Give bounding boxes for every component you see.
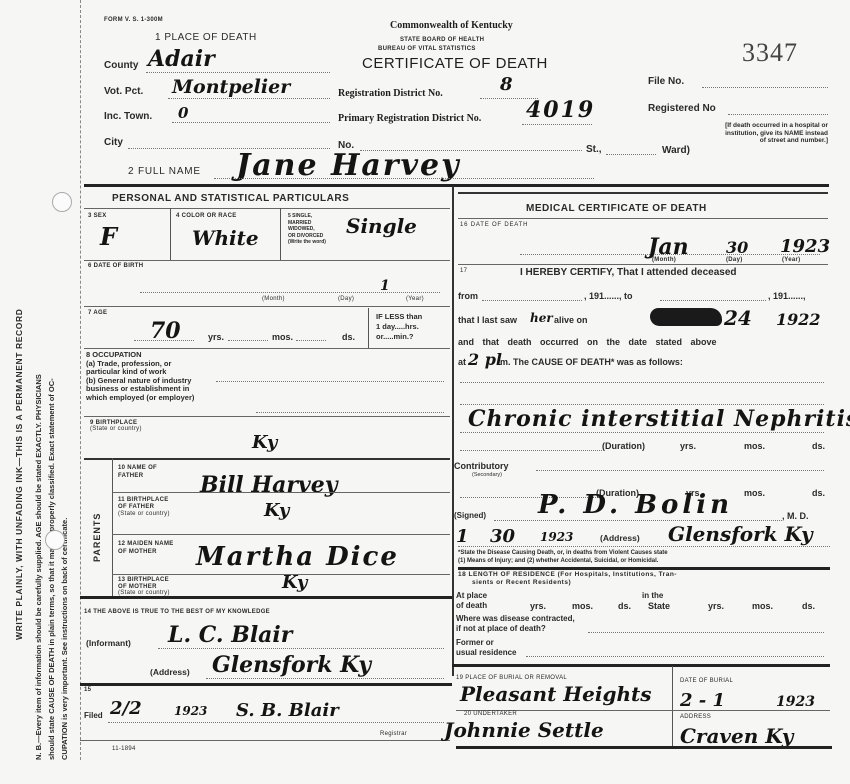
county-label: County [104,60,138,71]
informant-address-label: (Address) [150,667,190,677]
st-label: St., [586,144,602,155]
age-ds-label: ds. [342,332,355,342]
father-name-label: 10 NAME OF FATHER [118,464,157,480]
physician-signature: P. D. Bolin [538,490,733,520]
death-month-label: (Month) [652,257,676,263]
full-name-label: 2 FULL NAME [128,166,201,177]
marital-label: 5 SINGLE, MARRIED WIDOWED, OR DIVORCED (… [288,213,326,246]
former-residence: Former or usual residence [456,638,516,658]
residence-mos: mos. [572,601,593,611]
informant-value: L. C. Blair [168,622,292,648]
cause-text: m. The CAUSE OF DEATH* was as follows: [500,357,683,367]
death-day: 30 [726,238,748,257]
contributory-duration-mos: mos. [744,488,765,498]
filed-value: 2/2 [110,698,142,719]
duration-label: (Duration) [602,441,645,451]
signed-label: (Signed) [454,511,486,520]
vot-pct-label: Vot. Pct. [104,86,143,97]
bureau-vital-statistics: BUREAU OF VITAL STATISTICS [378,46,476,52]
margin-instruction-1: WRITE PLAINLY, WITH UNFADING INK—THIS IS… [14,309,24,641]
margin-instruction-2: N. B.—Every item of information should b… [34,374,43,760]
city-label: City [104,137,123,148]
last-saw-label: that I last saw [458,315,517,325]
burial-date-label: DATE OF BURIAL [680,678,733,684]
father-name-value: Bill Harvey [200,472,338,498]
bottom-code: 11-1894 [112,746,136,752]
residence-label: 18 LENGTH OF RESIDENCE (For Hospitals, I… [458,571,677,587]
mother-birthplace-value: Ky [282,572,307,593]
signed-date-month: 1 [456,526,469,547]
burial-date-value: 2 - 1 [680,690,725,711]
state-mos: mos. [752,601,773,611]
death-occurred-text: and that death occurred on the date stat… [458,337,717,347]
mother-name-value: Martha Dice [196,542,399,572]
duration-mos: mos. [744,441,765,451]
signed-date-day: 30 [490,526,515,547]
age-label: 7 AGE [88,310,107,316]
residence-ds: ds. [618,601,631,611]
redacted-date [650,308,722,326]
medical-section-title: MEDICAL CERTIFICATE OF DEATH [526,203,707,214]
certify-num: 17 [460,268,467,274]
left-border [80,0,81,760]
father-birthplace-label: 11 BIRTHPLACE OF FATHER (State or countr… [118,497,170,518]
inc-town-value: 0 [178,104,188,122]
undertaker-label: 20 UNDERTAKER [464,711,517,717]
inc-town-label: Inc. Town. [104,111,152,122]
column-divider [452,186,454,676]
file-no-label: File No. [648,76,684,87]
burial-place-label: 19 PLACE OF BURIAL OR REMOVAL [456,675,567,681]
informant-address-value: Glensfork Ky [212,652,371,678]
md-label: , M. D. [782,511,809,521]
registration-district-value: 8 [500,74,513,95]
age-yrs-label: yrs. [208,332,224,342]
burial-place-value: Pleasant Heights [460,682,652,706]
undertaker-value: Johnnie Settle [444,718,604,742]
county-value: Adair [148,46,215,72]
alive-on-label: alive on [554,315,588,325]
occupation-label: 8 OCCUPATION (a) Trade, profession, or p… [86,351,194,402]
death-day-label: (Day) [726,257,743,263]
death-year-label: (Year) [782,257,800,263]
in-the-label: in the [642,591,663,600]
race-value: White [192,226,259,250]
stamp-number: 3347 [742,38,798,68]
mother-birthplace-label: 13 BIRTHPLACE OF MOTHER (State or countr… [118,577,170,597]
death-year: 1923 [780,236,830,257]
registrar-value: S. B. Blair [236,700,339,721]
primary-registration-label: Primary Registration District No. [338,113,481,124]
last-saw-day: 24 [724,306,752,330]
dob-label: 6 DATE OF BIRTH [88,263,143,269]
race-label: 4 COLOR OR RACE [176,213,237,219]
divider [84,184,829,187]
dob-year-label: (Year) [406,296,424,302]
birthplace-label: 9 BIRTHPLACE (State or country) [90,420,142,432]
filed-label: Filed [84,711,103,720]
from-label: from [458,291,478,301]
certificate-title: CERTIFICATE OF DEATH [362,55,548,72]
burial-address-value: Craven Ky [680,724,793,748]
duration-yrs: yrs. [680,441,696,451]
father-birthplace-value: Ky [264,500,289,521]
margin-instruction-4: CUPATION is very important. See instruct… [60,518,69,760]
contributory-sub: (Secondary) [472,472,502,478]
mother-name-label: 12 MAIDEN NAME OF MOTHER [118,540,174,556]
physician-address-value: Glensfork Ky [668,522,813,546]
personal-section-title: PERSONAL AND STATISTICAL PARTICULARS [112,193,349,204]
registrar-label: Registrar [380,731,407,737]
age-mos-label: mos. [272,332,293,342]
parents-side-label: PARENTS [92,513,102,562]
last-saw-pronoun: her [530,311,553,325]
informant-statement: 14 THE ABOVE IS TRUE TO THE BEST OF MY K… [84,609,270,615]
certify-text: I HEREBY CERTIFY, That I attended deceas… [520,267,737,278]
punch-hole [45,530,65,550]
margin-instruction-3: should state CAUSE OF DEATH in plain ter… [47,378,56,760]
dob-value: 1 [380,278,390,294]
dob-month-label: (Month) [262,296,285,302]
state-header: Commonwealth of Kentucky [390,20,513,31]
place-of-death-label: 1 PLACE OF DEATH [155,32,257,43]
dob-day-label: (Day) [338,296,354,302]
date-of-death-label: 16 DATE OF DEATH [460,222,528,228]
registered-no-label: Registered No [648,103,716,114]
registration-district-label: Registration District No. [338,88,443,99]
death-certificate: WRITE PLAINLY, WITH UNFADING INK—THIS IS… [0,0,850,784]
last-saw-year: 1922 [776,310,821,329]
at-place-of-death: At place of death [456,591,487,611]
state-label: State [648,601,670,611]
burial-date-year: 1923 [776,694,815,710]
punch-hole [52,192,72,212]
filed-section-num: 15 [84,687,91,693]
contributory-duration-ds: ds. [812,488,825,498]
signed-date-year: 1923 [540,530,573,544]
contributory-label: Contributory [454,461,509,471]
state-ds: ds. [802,601,815,611]
sex-value: F [100,222,117,251]
state-yrs: yrs. [708,601,724,611]
less-than-day: IF LESS than 1 day.....hrs. or.....min.? [376,312,422,342]
physician-address-label: (Address) [600,533,640,543]
year-191-b: , 191......, [768,291,806,301]
duration-ds: ds. [812,441,825,451]
marital-value: Single [346,214,417,238]
filed-year: 1923 [174,704,207,718]
year-191-a: , 191......, to [584,291,633,301]
where-contracted: Where was disease contracted, if not at … [456,614,575,634]
residence-yrs: yrs. [530,601,546,611]
vot-pct-value: Montpelier [172,76,290,98]
sex-label: 3 SEX [88,213,107,219]
cause-footnote: *State the Disease Causing Death, or, in… [458,550,668,565]
hospital-note: [If death occurred in a hospital or inst… [718,122,828,145]
burial-address-label: ADDRESS [680,714,711,720]
time-value: 2 pl [468,350,502,369]
primary-registration-value: 4019 [526,97,595,123]
ward-label: Ward) [662,145,690,156]
board-of-health: STATE BOARD OF HEALTH [400,37,484,43]
form-number: FORM V. S. 1-300M [104,17,163,23]
birthplace-value: Ky [252,432,277,453]
at-label: at [458,357,466,367]
informant-label: (Informant) [86,638,131,648]
cause-value: Chronic interstitial Nephritis [468,406,850,432]
